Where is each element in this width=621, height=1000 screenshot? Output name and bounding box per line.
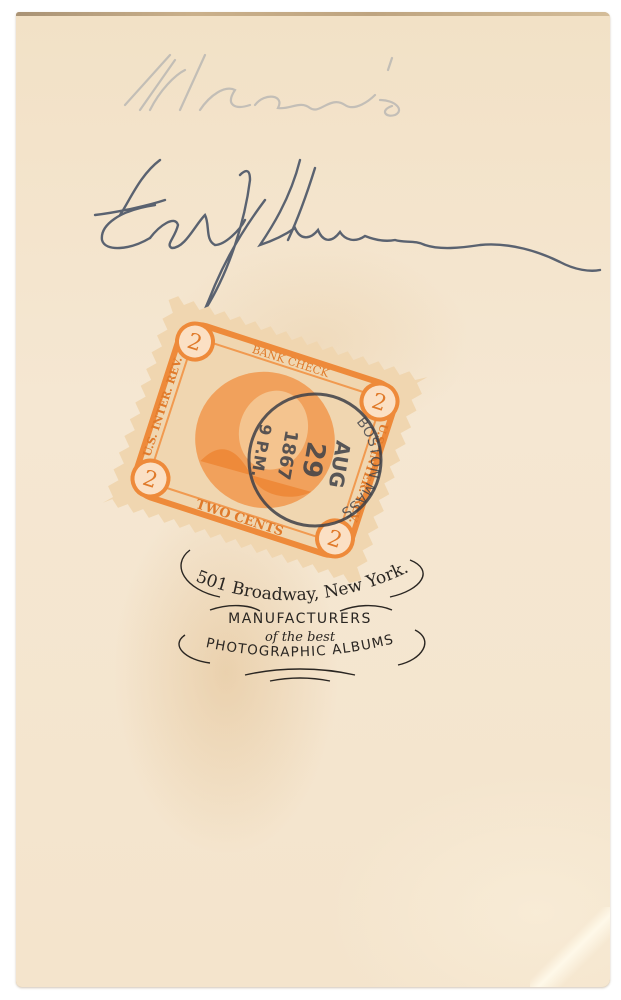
corner-highlight xyxy=(530,907,610,987)
photographer-imprint: 501 Broadway, New York. MANUFACTURERS of… xyxy=(160,535,440,685)
postmark-day: 29 xyxy=(295,439,331,480)
imprint-line1: MANUFACTURERS xyxy=(228,611,372,627)
postmark-time: 9 P.M. xyxy=(247,423,275,479)
postmark-cancel: BOSTON MASS AUG 29 1867 9 P.M. xyxy=(235,380,395,540)
imprint-address: 501 Broadway, New York. xyxy=(193,558,411,605)
imprint-line2: of the best xyxy=(265,630,336,645)
stamp-left-text: U.S. INTER. REV. xyxy=(140,355,185,458)
card-top-edge xyxy=(16,12,610,16)
